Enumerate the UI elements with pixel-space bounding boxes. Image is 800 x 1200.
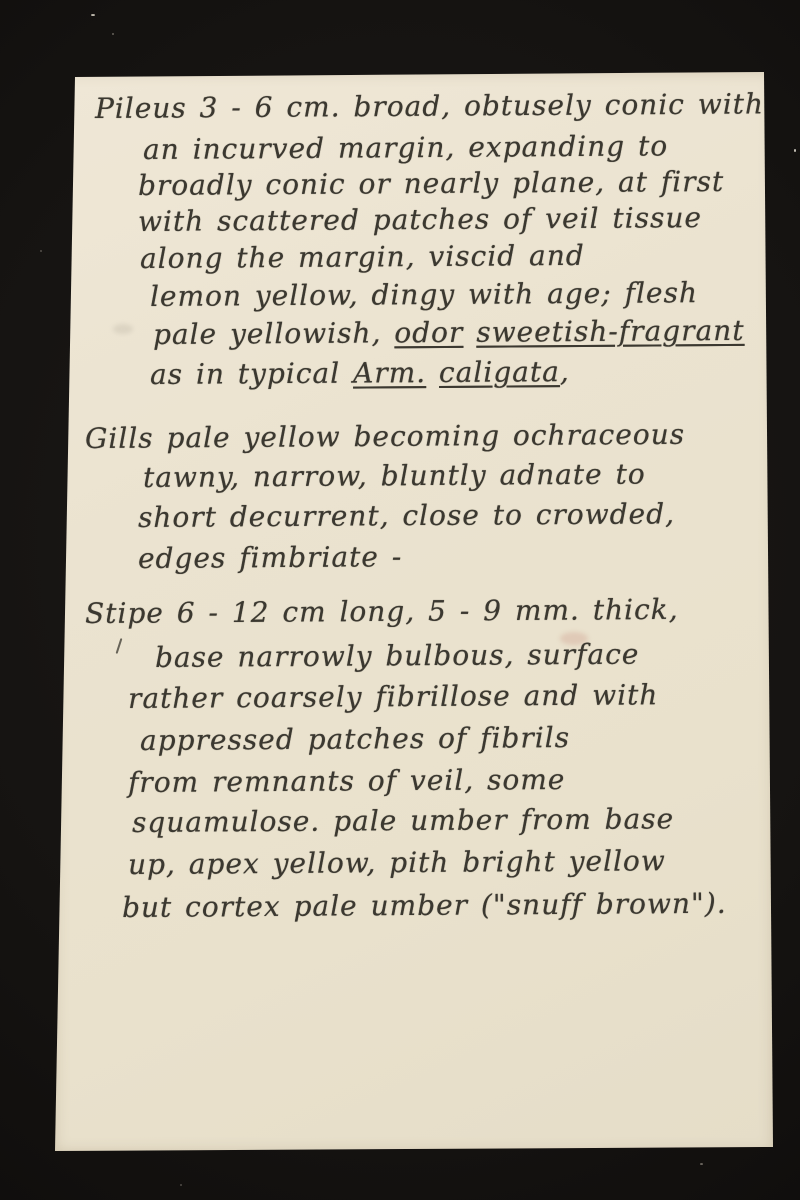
handwritten-line: as in typical Arm. caligata, xyxy=(150,355,570,391)
handwritten-line: short decurrent, close to crowded, xyxy=(138,497,675,534)
underlined-word: Arm. xyxy=(353,356,426,390)
handwritten-line: an incurved margin, expanding to xyxy=(143,129,668,166)
handwritten-line: along the margin, viscid and xyxy=(140,239,585,275)
handwritten-line: Pileus 3 - 6 cm. broad, obtusely conic w… xyxy=(95,87,764,125)
handwritten-line: but cortex pale umber ("snuff brown"). xyxy=(122,887,727,924)
lint-speck xyxy=(180,1184,182,1186)
lint-speck xyxy=(112,33,114,35)
index-card: Pileus 3 - 6 cm. broad, obtusely conic w… xyxy=(55,72,773,1152)
handwritten-line: squamulose. pale umber from base xyxy=(132,802,674,839)
handwritten-line: appressed patches of fibrils xyxy=(140,721,570,757)
lint-speck xyxy=(91,14,95,16)
handwritten-line: lemon yellow, dingy with age; flesh xyxy=(150,276,698,313)
smudge-mark xyxy=(113,324,133,334)
handwritten-line: base narrowly bulbous, surface xyxy=(155,638,640,674)
stray-pencil-mark xyxy=(116,638,123,654)
handwritten-line: Stipe 6 - 12 cm long, 5 - 9 mm. thick, xyxy=(85,593,679,630)
handwritten-line: up, apex yellow, pith bright yellow xyxy=(128,844,666,881)
handwritten-line: edges fimbriate - xyxy=(138,540,403,575)
underlined-word: caligata xyxy=(439,355,560,389)
handwritten-line: pale yellowish, odor sweetish-fragrant xyxy=(153,314,745,351)
handwritten-line: Gills pale yellow becoming ochraceous xyxy=(85,418,685,455)
underlined-word: sweetish-fragrant xyxy=(476,314,745,349)
handwritten-line: broadly conic or nearly plane, at first xyxy=(138,165,724,202)
photo-background: Pileus 3 - 6 cm. broad, obtusely conic w… xyxy=(0,0,800,1200)
lint-speck xyxy=(700,1163,703,1165)
lint-speck xyxy=(40,250,42,252)
handwritten-line: tawny, narrow, bluntly adnate to xyxy=(143,457,646,494)
lint-speck xyxy=(794,149,796,152)
handwritten-line: from remnants of veil, some xyxy=(128,763,566,799)
handwritten-line: rather coarsely fibrillose and with xyxy=(128,678,659,715)
underlined-word: odor xyxy=(394,316,463,349)
handwritten-line: with scattered patches of veil tissue xyxy=(138,201,702,238)
